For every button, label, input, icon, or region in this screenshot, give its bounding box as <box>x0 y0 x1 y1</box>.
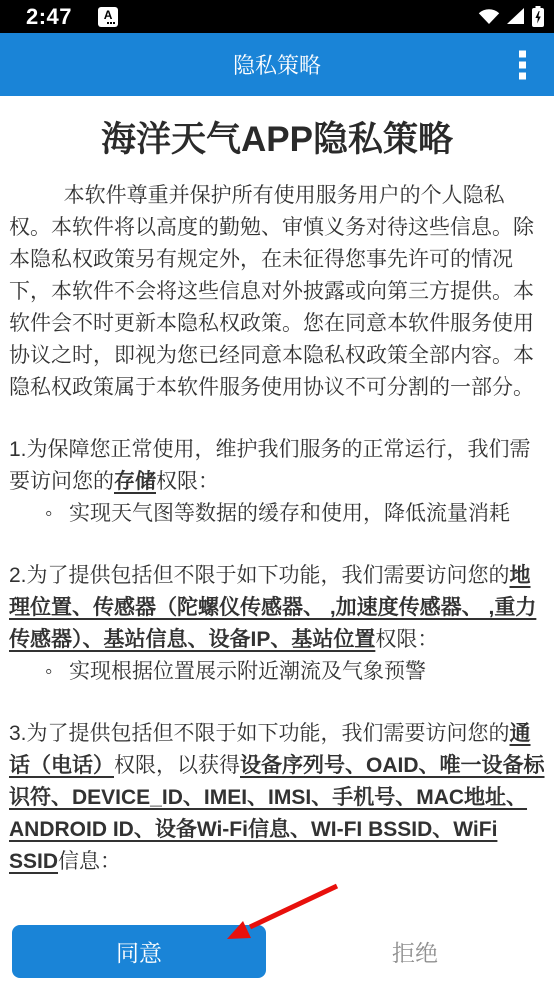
section-paragraph: 2.为了提供包括但不限于如下功能，我们需要访问您的地理位置、传感器（陀螺仪传感器… <box>9 560 545 656</box>
input-method-icon: A <box>98 7 118 27</box>
page-title: 隐私策略 <box>233 49 321 80</box>
reject-button[interactable]: 拒绝 <box>288 925 542 978</box>
status-icons <box>478 6 544 27</box>
policy-section-3: 3.为了提供包括但不限于如下功能，我们需要访问您的通话（电话）权限，以获得设备序… <box>9 718 545 878</box>
intro-paragraph: 本软件尊重并保护所有使用服务用户的个人隐私权。本软件将以高度的勤勉、审慎义务对待… <box>9 180 545 404</box>
section-text: 权限，以获得 <box>114 754 240 777</box>
wifi-icon <box>478 8 500 25</box>
section-text: 3.为了提供包括但不限于如下功能，我们需要访问您的 <box>9 722 510 745</box>
section-paragraph: 1.为保障您正常使用，维护我们服务的正常运行，我们需要访问您的存储权限： <box>9 434 545 498</box>
section-paragraph: 3.为了提供包括但不限于如下功能，我们需要访问您的通话（电话）权限，以获得设备序… <box>9 718 545 878</box>
bullet-list: 实现根据位置展示附近潮流及气象预警 <box>9 656 545 688</box>
clock: 2:47 <box>26 4 72 30</box>
bullet-list: 实现天气图等数据的缓存和使用，降低流量消耗 <box>9 498 545 530</box>
section-text: 1.为保障您正常使用，维护我们服务的正常运行，我们需要访问您的 <box>9 438 531 493</box>
overflow-menu-icon[interactable] <box>515 46 530 83</box>
cellular-signal-icon <box>507 8 525 25</box>
policy-section-2: 2.为了提供包括但不限于如下功能，我们需要访问您的地理位置、传感器（陀螺仪传感器… <box>9 560 545 688</box>
bullet-item: 实现天气图等数据的缓存和使用，降低流量消耗 <box>69 498 545 530</box>
section-emphasis: 存储 <box>114 470 156 493</box>
status-bar: 2:47 A <box>0 0 554 33</box>
footer-button-bar: 同意 拒绝 <box>0 911 554 984</box>
input-badge-dots <box>107 22 115 24</box>
battery-charging-icon <box>532 6 544 27</box>
section-text: 权限： <box>375 628 438 651</box>
privacy-policy-screen: 2:47 A 隐私策略 海洋天气APP隐私策略 <box>0 0 554 984</box>
section-text: 信息： <box>58 850 121 873</box>
section-text: 权限： <box>156 470 219 493</box>
document-title: 海洋天气APP隐私策略 <box>9 118 545 162</box>
section-text: 2.为了提供包括但不限于如下功能，我们需要访问您的 <box>9 564 510 587</box>
bullet-item: 实现根据位置展示附近潮流及气象预警 <box>69 656 545 688</box>
policy-section-1: 1.为保障您正常使用，维护我们服务的正常运行，我们需要访问您的存储权限： 实现天… <box>9 434 545 530</box>
policy-document[interactable]: 海洋天气APP隐私策略 本软件尊重并保护所有使用服务用户的个人隐私权。本软件将以… <box>0 96 554 984</box>
agree-button[interactable]: 同意 <box>12 925 266 978</box>
app-bar: 隐私策略 <box>0 33 554 96</box>
input-badge-letter: A <box>104 9 113 21</box>
